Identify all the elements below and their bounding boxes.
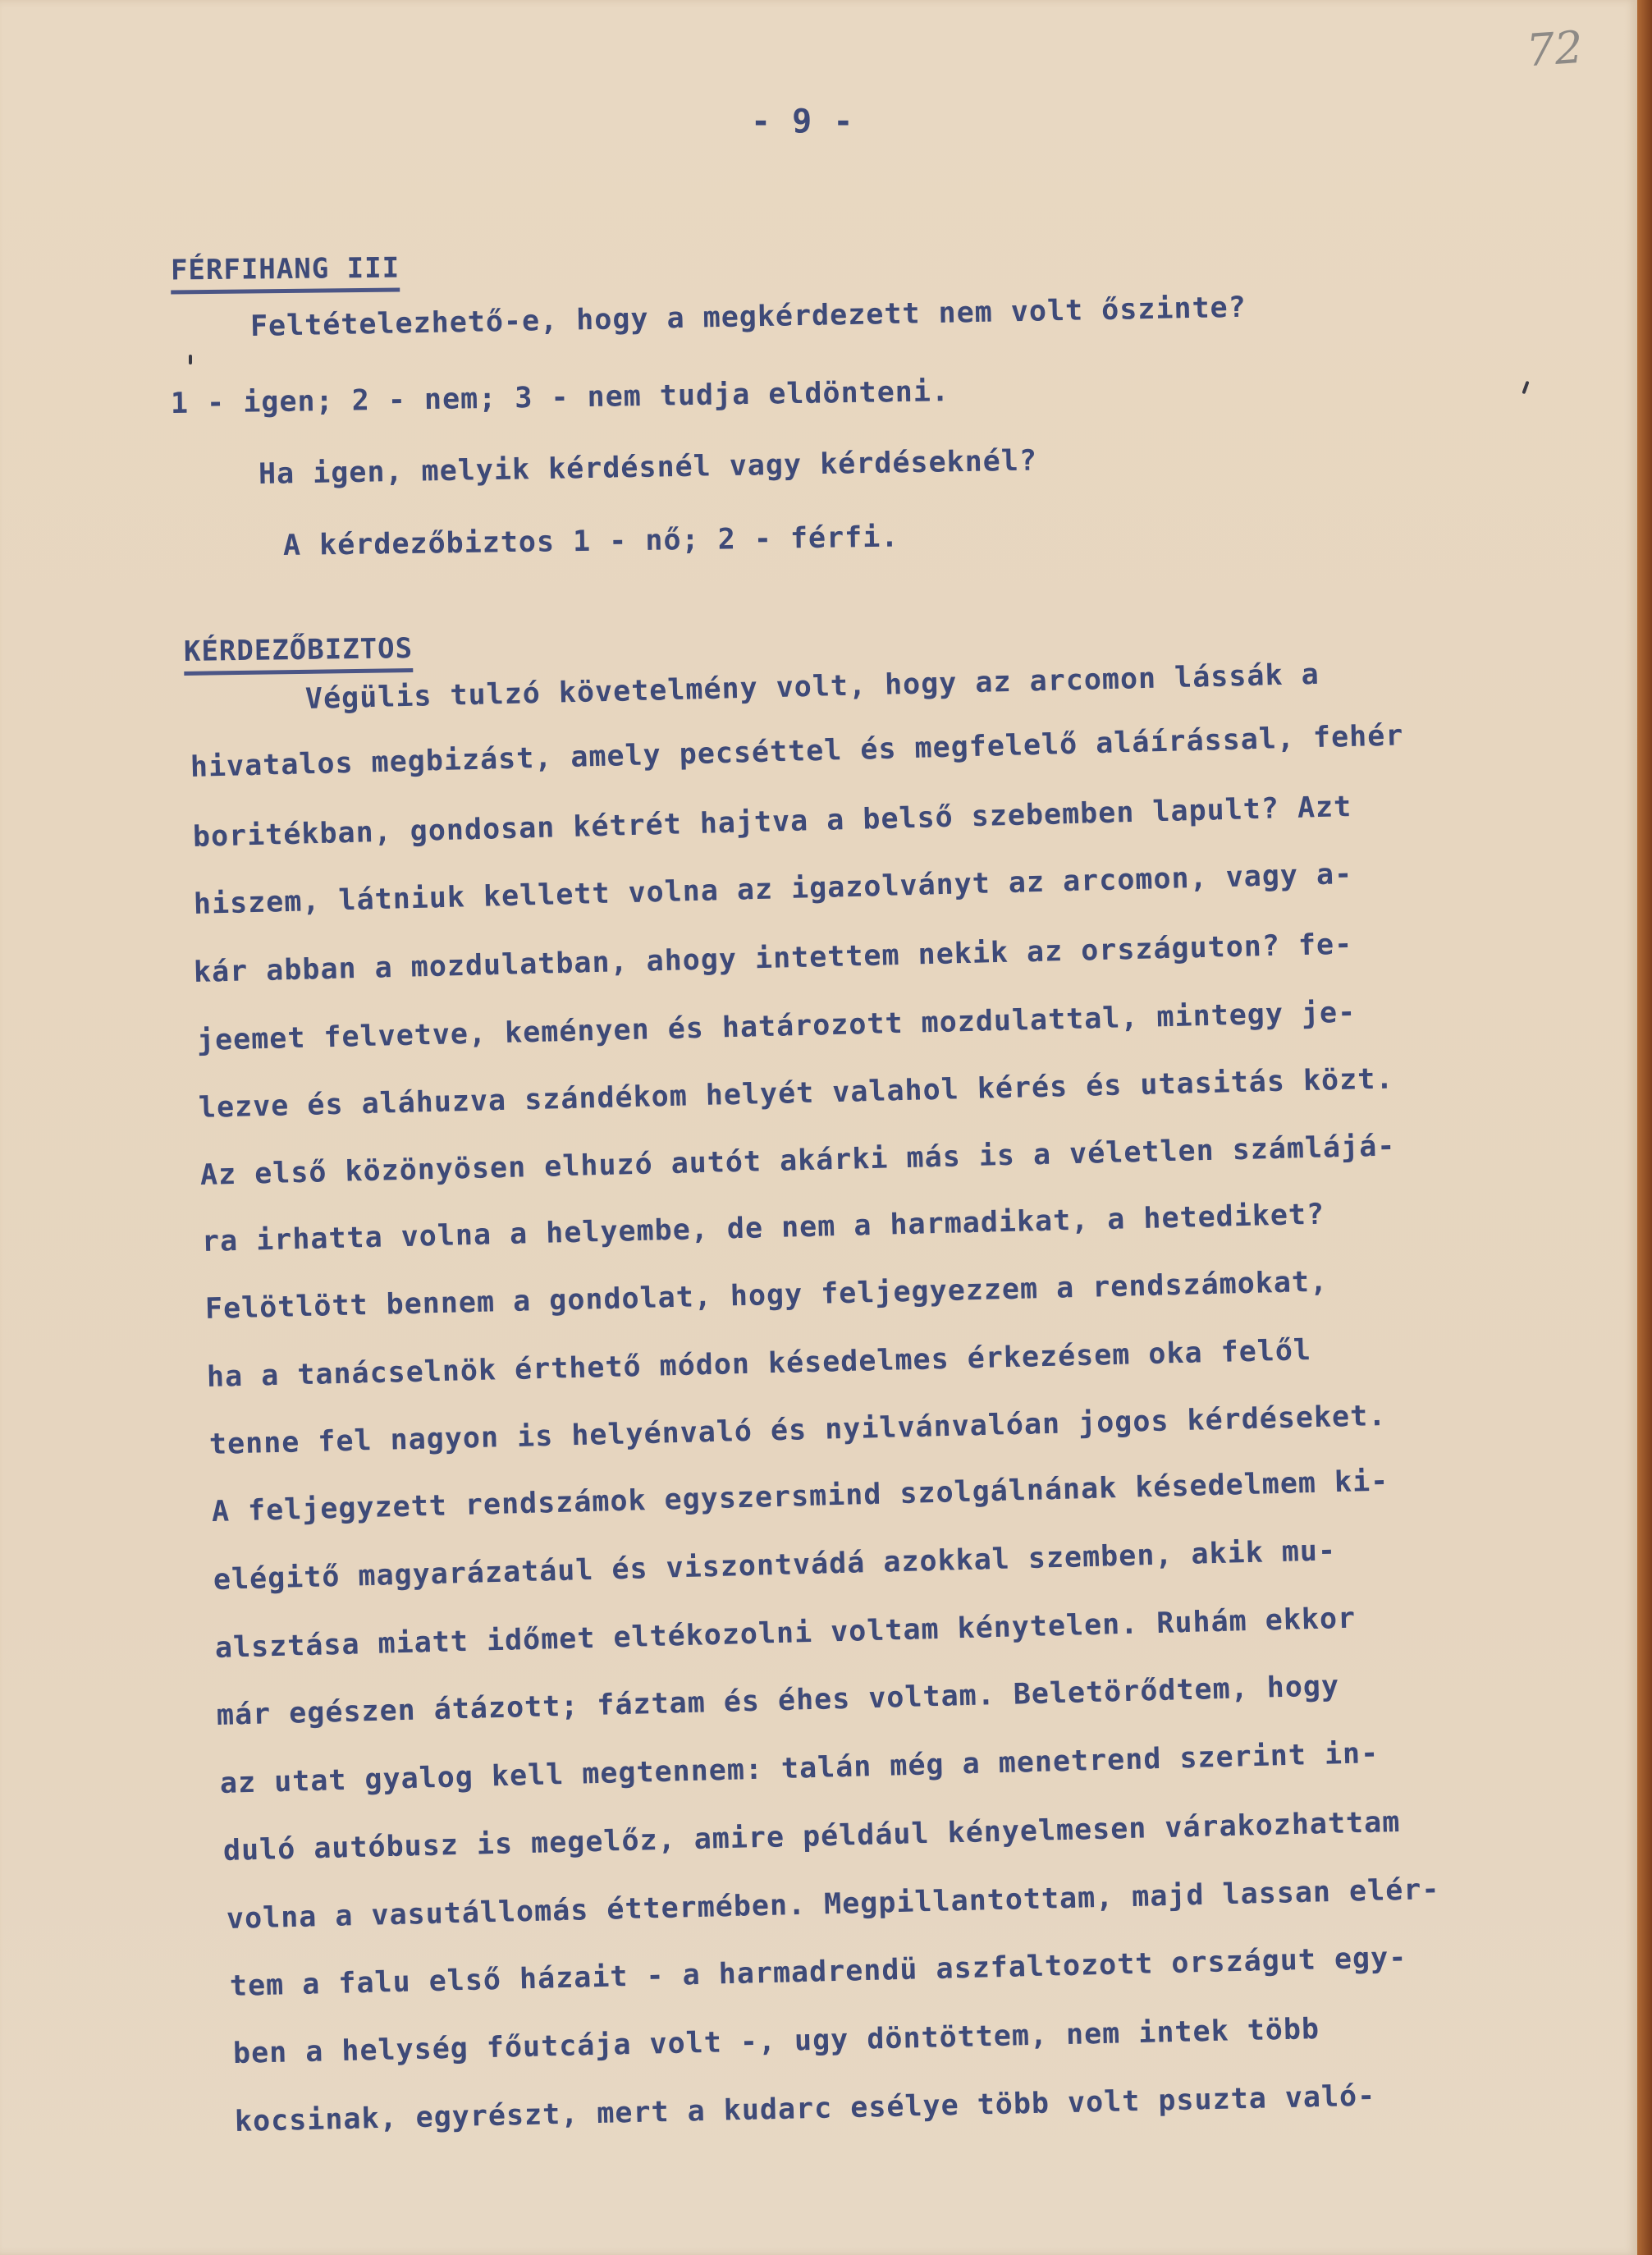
text-line: tem a falu első házait - a harmadrendü a…: [230, 1941, 1407, 2003]
text-line: volna a vasutállomás éttermében. Megpill…: [227, 1873, 1440, 1936]
text-line: hivatalos megbizást, amely pecséttel és …: [190, 719, 1403, 784]
page-number: - 9 -: [751, 103, 853, 140]
text-line: kocsinak, egyrészt, mert a kudarc esélye…: [235, 2079, 1376, 2138]
text-line: tenne fel nagyon is helyénvaló és nyilvá…: [209, 1400, 1387, 1461]
text-line: ha a tanácselnök érthető módon késedelme…: [207, 1334, 1312, 1394]
text-line: Feltételezhető-e, hogy a megkérdezett ne…: [250, 291, 1247, 343]
text-line: ben a helység főutcája volt -, ugy döntö…: [233, 2013, 1320, 2070]
text-line: alsztása miatt időmet eltékozolni voltam…: [214, 1602, 1356, 1665]
document-page: 72 - 9 - FÉRFIHANG III Feltételezhető-e,…: [0, 0, 1637, 2255]
wooden-table-edge: [1637, 0, 1652, 2255]
text-line: 1 - igen; 2 - nem; 3 - nem tudja eldönte…: [171, 375, 950, 420]
section-heading-kerdezobiztos: KÉRDEZŐBIZTOS: [184, 632, 414, 676]
text-line: boritékban, gondosan kétrét hajtva a bel…: [192, 791, 1352, 854]
stray-ink-mark: [1522, 381, 1529, 394]
text-line: már egészen átázott; fáztam és éhes volt…: [216, 1670, 1339, 1732]
handwritten-folio-number: 72: [1525, 21, 1585, 77]
text-line: elégitő magyarázatául és viszontvádá azo…: [213, 1534, 1336, 1597]
text-line: kár abban a mozdulatban, ahogy intettem …: [194, 928, 1353, 989]
text-line: Az első közönyösen elhuzó autót akárki m…: [200, 1130, 1396, 1192]
text-line: Felötlött bennem a gondolat, hogy feljeg…: [205, 1266, 1329, 1326]
stray-ink-mark: [189, 355, 192, 364]
text-line: lezve és aláhuzva szándékom helyét valah…: [199, 1062, 1394, 1125]
text-line: duló autóbusz is megelőz, amire például …: [223, 1806, 1401, 1868]
text-line: az utat gyalog kell megtennem: talán még…: [219, 1737, 1379, 1800]
text-line: ra irhatta volna a helyembe, de nem a ha…: [202, 1199, 1325, 1258]
text-line: A feljegyzett rendszámok egyszersmind sz…: [211, 1464, 1389, 1529]
text-line: hiszem, látniuk kellett volna az igazolv…: [193, 858, 1352, 921]
text-line: Végülis tulzó követelmény volt, hogy az …: [305, 658, 1320, 716]
section-heading-ferfihang: FÉRFIHANG III: [171, 252, 400, 295]
text-line: jeemet felvetve, keményen és határozott …: [197, 996, 1357, 1057]
text-line: A kérdezőbiztos 1 - nő; 2 - férfi.: [283, 521, 899, 562]
text-line: Ha igen, melyik kérdésnél vagy kérdésekn…: [259, 444, 1038, 491]
